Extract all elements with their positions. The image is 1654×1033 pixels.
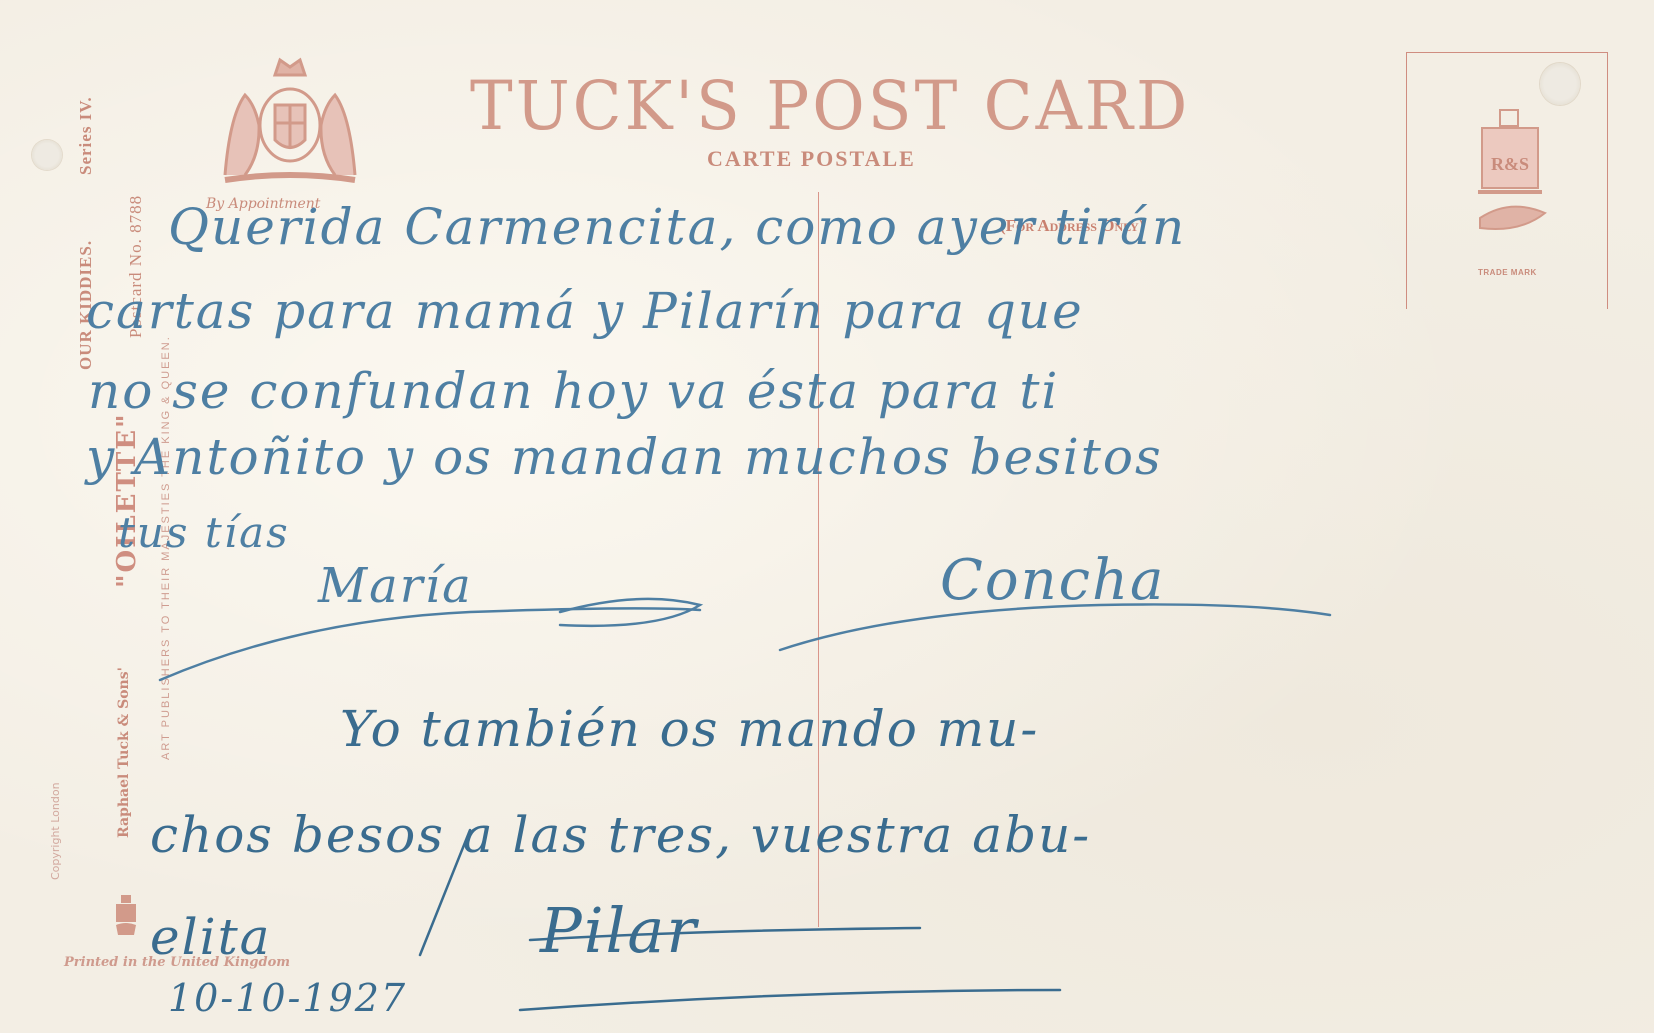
postcard-back: By Appointment TUCK'S POST CARD CARTE PO… bbox=[0, 0, 1654, 1033]
ink-flourishes bbox=[0, 0, 1654, 1033]
